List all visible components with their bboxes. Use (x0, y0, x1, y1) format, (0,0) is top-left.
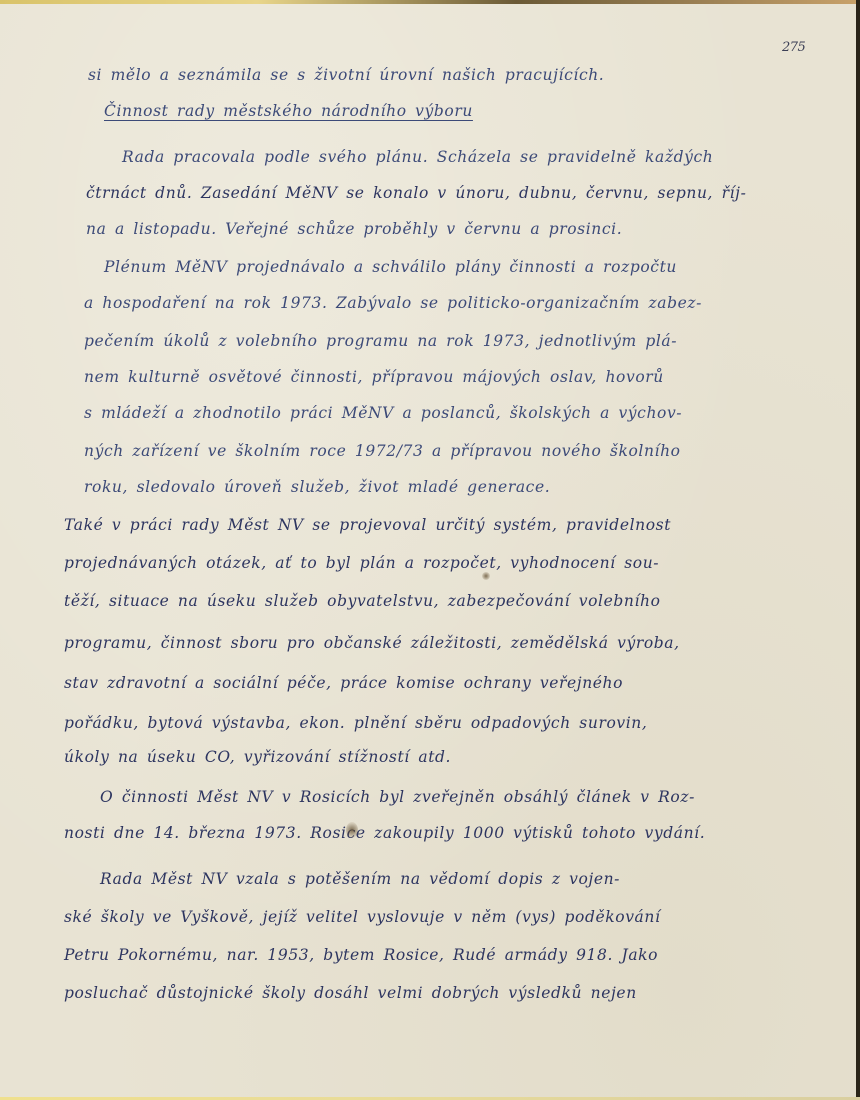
page-number: 275 (782, 40, 805, 55)
text-line: Petru Pokornému, nar. 1953, bytem Rosice… (64, 946, 658, 964)
ink-stain (482, 572, 490, 580)
section-heading: Činnost rady městského národního výboru (104, 102, 473, 120)
text-line: ské školy ve Vyškově, jejíž velitel vysl… (64, 908, 661, 926)
text-line: pečením úkolů z volebního programu na ro… (84, 332, 677, 350)
text-line: na a listopadu. Veřejné schůze proběhly … (86, 220, 622, 238)
text-line: s mládeží a zhodnotilo práci MěNV a posl… (84, 404, 682, 422)
text-line: nosti dne 14. března 1973. Rosice zakoup… (64, 824, 705, 842)
text-line: si mělo a seznámila se s životní úrovní … (88, 66, 604, 84)
text-line: O činnosti Měst NV v Rosicích byl zveřej… (100, 788, 695, 806)
text-line: a hospodaření na rok 1973. Zabývalo se p… (84, 294, 702, 312)
text-line: těží, situace na úseku služeb obyvatelst… (64, 592, 661, 610)
handwritten-page: 275 si mělo a seznámila se s životní úro… (0, 4, 856, 1097)
text-line: čtrnáct dnů. Zasedání MěNV se konalo v ú… (86, 184, 746, 202)
text-line: Rada Měst NV vzala s potěšením na vědomí… (100, 870, 620, 888)
text-line: projednávaných otázek, ať to byl plán a … (64, 554, 659, 572)
text-line: Také v práci rady Měst NV se projevoval … (64, 516, 671, 534)
text-line: posluchač důstojnické školy dosáhl velmi… (64, 984, 637, 1002)
ink-stain (346, 822, 358, 838)
text-line: stav zdravotní a sociální péče, práce ko… (64, 674, 623, 692)
text-line: Plénum MěNV projednávalo a schválilo plá… (104, 258, 677, 276)
text-line: programu, činnost sboru pro občanské zál… (64, 634, 680, 652)
scan-right-edge (856, 0, 860, 1100)
text-line: roku, sledovalo úroveň služeb, život mla… (84, 478, 550, 496)
text-line: Rada pracovala podle svého plánu. Scháze… (122, 148, 713, 166)
text-line: pořádku, bytová výstavba, ekon. plnění s… (64, 714, 647, 732)
text-line: nem kulturně osvětové činnosti, přípravo… (84, 368, 664, 386)
text-line: ných zařízení ve školním roce 1972/73 a … (84, 442, 681, 460)
text-line: úkoly na úseku CO, vyřizování stížností … (64, 748, 451, 766)
